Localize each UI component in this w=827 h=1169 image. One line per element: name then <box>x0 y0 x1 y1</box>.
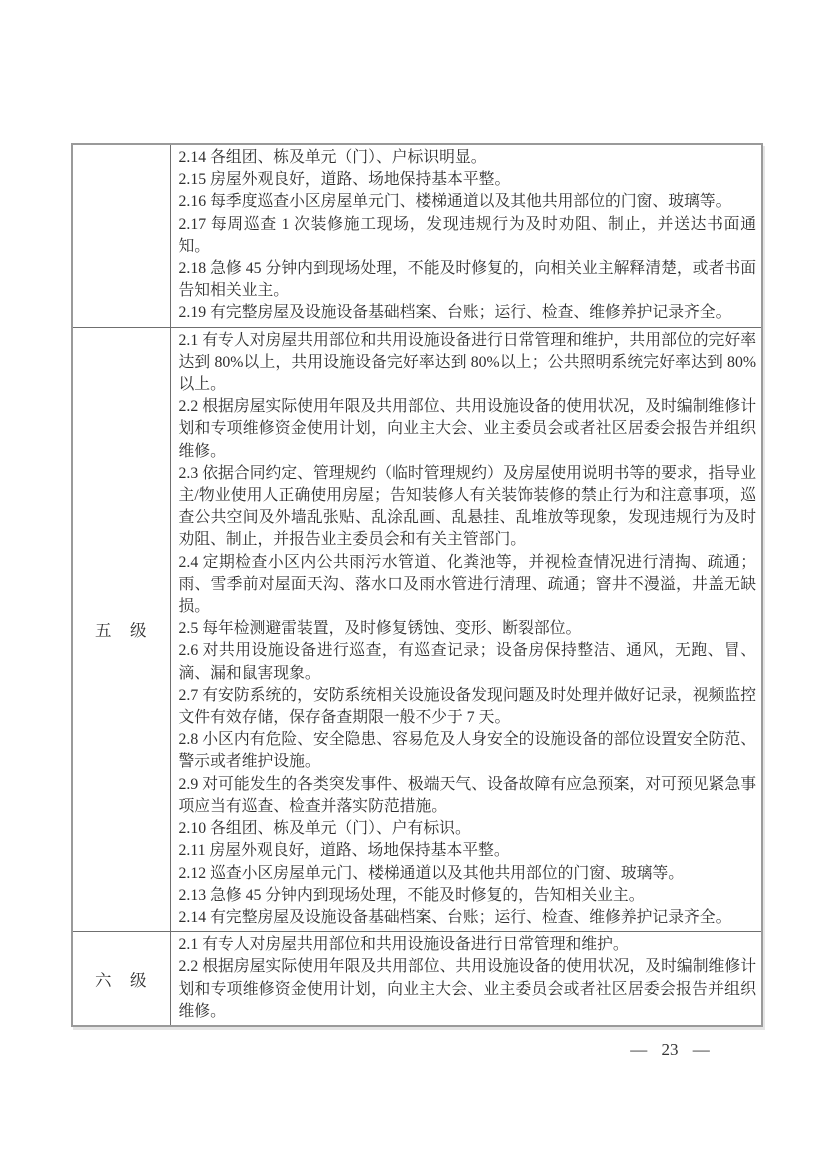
level-cell: 五 级 <box>72 327 170 931</box>
clause-text: 2.16 每季度巡查小区房屋单元门、楼梯通道以及其他共用部位的门窗、玻璃等。 <box>179 191 757 213</box>
clause-text: 2.3 依据合同约定、管理规约（临时管理规约）及房屋使用说明书等的要求，指导业主… <box>179 463 757 552</box>
clause-text: 2.15 房屋外观良好，道路、场地保持基本平整。 <box>179 169 757 191</box>
clauses-cell: 2.1 有专人对房屋共用部位和共用设施设备进行日常管理和维护。2.2 根据房屋实… <box>170 932 762 1026</box>
page-number: — 23 — <box>600 1040 740 1060</box>
clause-text: 2.2 根据房屋实际使用年限及共用部位、共用设施设备的使用状况，及时编制维修计划… <box>179 396 757 463</box>
level-label: 五 级 <box>73 617 170 641</box>
clause-text: 2.7 有安防系统的，安防系统相关设施设备发现问题及时处理并做好记录，视频监控文… <box>179 685 757 729</box>
table-body: 2.14 各组团、栋及单元（门）、户标识明显。2.15 房屋外观良好，道路、场地… <box>72 144 762 1026</box>
clause-text: 2.17 每周巡查 1 次装修施工现场，发现违规行为及时劝阻、制止，并送达书面通… <box>179 214 757 258</box>
table-row: 2.14 各组团、栋及单元（门）、户标识明显。2.15 房屋外观良好，道路、场地… <box>72 144 762 327</box>
level-cell <box>72 144 170 327</box>
level-cell: 六 级 <box>72 932 170 1026</box>
clause-text: 2.14 有完整房屋及设施设备基础档案、台账；运行、检查、维修养护记录齐全。 <box>179 907 757 929</box>
clauses-cell: 2.14 各组团、栋及单元（门）、户标识明显。2.15 房屋外观良好，道路、场地… <box>170 144 762 327</box>
clause-text: 2.1 有专人对房屋共用部位和共用设施设备进行日常管理和维护，共用部位的完好率达… <box>179 330 757 397</box>
clause-text: 2.6 对共用设施设备进行巡查，有巡查记录；设备房保持整洁、通风，无跑、冒、滴、… <box>179 640 757 684</box>
clause-text: 2.8 小区内有危险、安全隐患、容易危及人身安全的设施设备的部位设置安全防范、警… <box>179 729 757 773</box>
clause-text: 2.11 房屋外观良好，道路、场地保持基本平整。 <box>179 840 757 862</box>
table-row: 五 级2.1 有专人对房屋共用部位和共用设施设备进行日常管理和维护，共用部位的完… <box>72 327 762 931</box>
clauses-cell: 2.1 有专人对房屋共用部位和共用设施设备进行日常管理和维护，共用部位的完好率达… <box>170 327 762 931</box>
clause-text: 2.18 急修 45 分钟内到现场处理，不能及时修复的，向相关业主解释清楚，或者… <box>179 258 757 302</box>
document-page: 2.14 各组团、栋及单元（门）、户标识明显。2.15 房屋外观良好，道路、场地… <box>0 0 827 1169</box>
clause-text: 2.14 各组团、栋及单元（门）、户标识明显。 <box>179 147 757 169</box>
table-row: 六 级2.1 有专人对房屋共用部位和共用设施设备进行日常管理和维护。2.2 根据… <box>72 932 762 1026</box>
clause-text: 2.10 各组团、栋及单元（门）、户有标识。 <box>179 818 757 840</box>
clause-text: 2.2 根据房屋实际使用年限及共用部位、共用设施设备的使用状况，及时编制维修计划… <box>179 956 757 1023</box>
clause-text: 2.4 定期检查小区内公共雨污水管道、化粪池等，并视检查情况进行清掏、疏通；雨、… <box>179 552 757 619</box>
clause-text: 2.1 有专人对房屋共用部位和共用设施设备进行日常管理和维护。 <box>179 934 757 956</box>
clause-text: 2.12 巡查小区房屋单元门、楼梯通道以及其他共用部位的门窗、玻璃等。 <box>179 863 757 885</box>
grade-standards-table: 2.14 各组团、栋及单元（门）、户标识明显。2.15 房屋外观良好，道路、场地… <box>71 143 763 1027</box>
clause-text: 2.13 急修 45 分钟内到现场处理，不能及时修复的，告知相关业主。 <box>179 885 757 907</box>
clause-text: 2.9 对可能发生的各类突发事件、极端天气、设备故障有应急预案，对可预见紧急事项… <box>179 774 757 818</box>
clause-text: 2.19 有完整房屋及设施设备基础档案、台账；运行、检查、维修养护记录齐全。 <box>179 302 757 324</box>
level-label: 六 级 <box>73 967 170 991</box>
clause-text: 2.5 每年检测避雷装置，及时修复锈蚀、变形、断裂部位。 <box>179 618 757 640</box>
